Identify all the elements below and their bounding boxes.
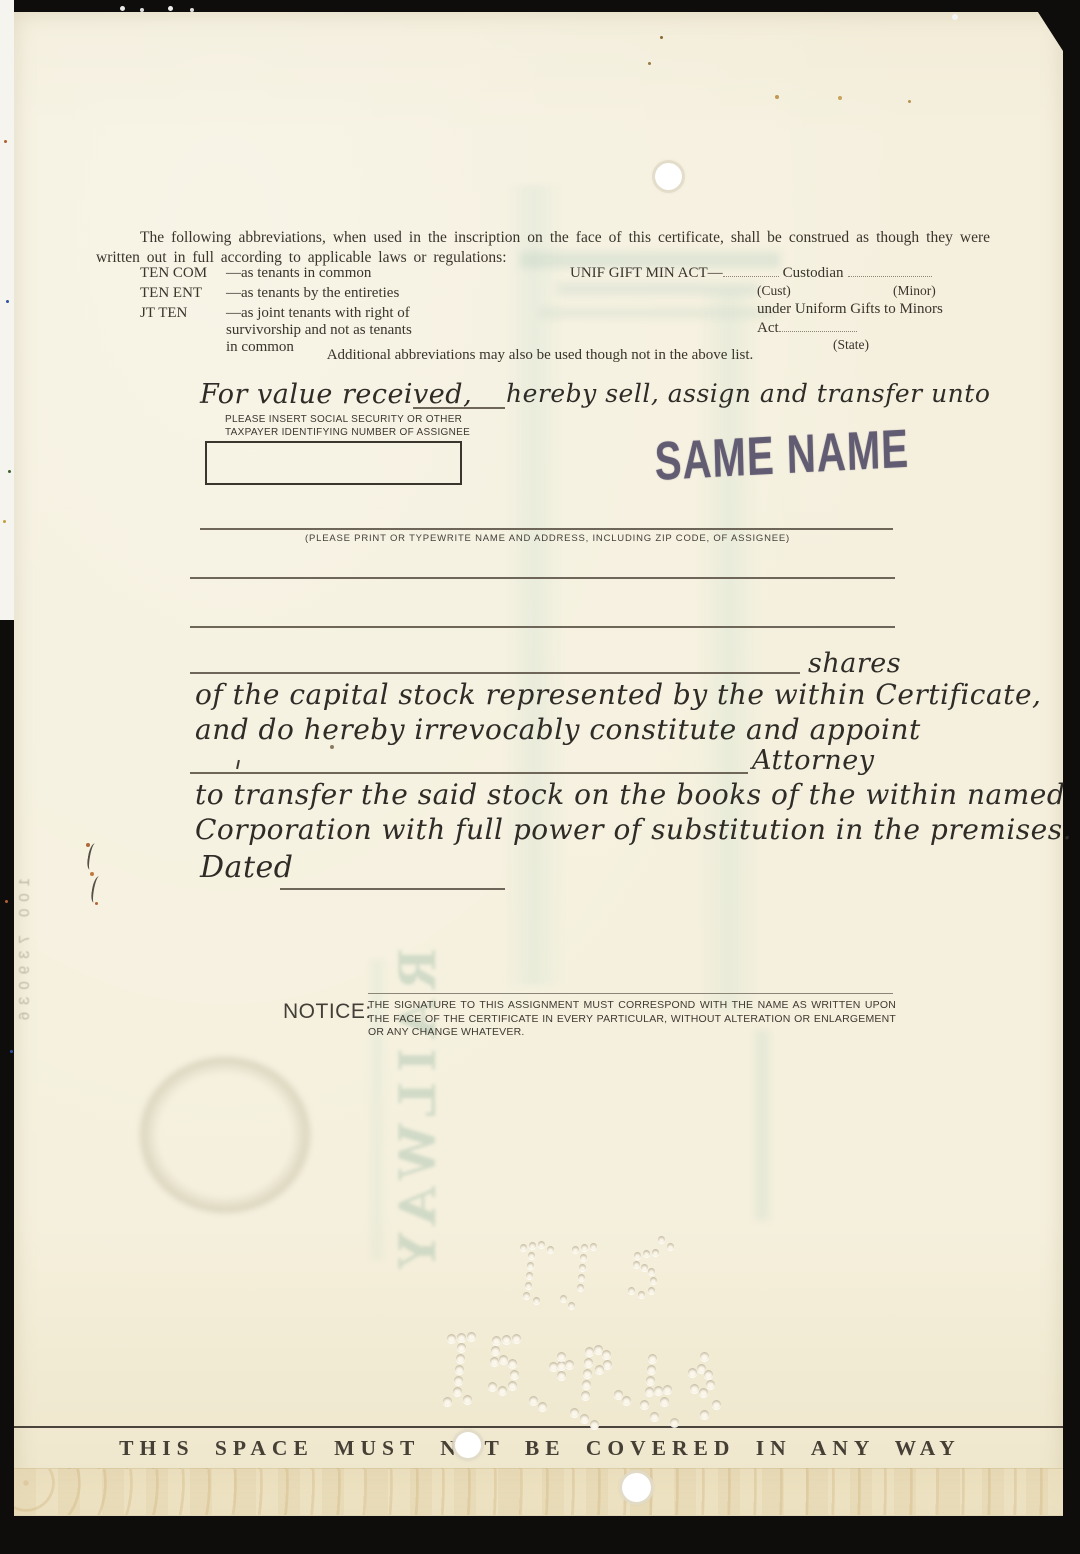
showthrough-title-line3	[540, 308, 776, 318]
cancellation-punch-dot	[529, 1396, 538, 1405]
punched-hole	[622, 1473, 651, 1502]
notice-label: NOTICE:	[283, 1000, 372, 1024]
cancellation-punch-dot	[647, 1365, 656, 1374]
abbr-label: TEN COM	[140, 265, 226, 282]
cancellation-punch-dot	[572, 1246, 579, 1253]
address-line-1	[190, 577, 895, 579]
cancellation-punch-dot	[457, 1343, 466, 1352]
cancellation-punch-dot	[538, 1402, 547, 1411]
cancellation-punch-dot	[508, 1381, 517, 1390]
print-or-typewrite-note: (PLEASE PRINT OR TYPEWRITE NAME AND ADDR…	[200, 533, 895, 544]
cancellation-punch-dot	[498, 1386, 507, 1395]
cancellation-punch-dot	[568, 1302, 575, 1309]
showthrough-band-left	[505, 185, 563, 985]
scan-speckle	[648, 62, 651, 65]
abbr-label: JT TEN	[140, 305, 226, 322]
cancellation-punch-dot	[577, 1284, 584, 1291]
cancellation-punch-dot	[527, 1262, 534, 1269]
ssn-instruction-line1: PLEASE INSERT SOCIAL SECURITY OR OTHER	[225, 414, 462, 427]
cancellation-punch-dot	[467, 1332, 476, 1341]
cancellation-punch-dot	[645, 1387, 654, 1396]
cancellation-punch-dot	[526, 1272, 533, 1279]
cancellation-punch-dot	[520, 1244, 527, 1251]
certificate-back-scan: RAILWAY 100 739036 The following abbrevi…	[0, 0, 1080, 1554]
cancellation-punch-dot	[463, 1395, 472, 1404]
cancellation-punch-dot	[523, 1292, 530, 1299]
cancellation-punch-dot	[585, 1347, 594, 1356]
cancellation-punch-dot	[581, 1391, 590, 1400]
scan-speckle	[5, 900, 8, 903]
cancellation-punch-dot	[584, 1358, 593, 1367]
cancellation-punch-dot	[650, 1277, 657, 1284]
cancellation-punch-dot	[528, 1252, 535, 1259]
scan-speckle	[4, 140, 7, 143]
cancellation-punch-dot	[547, 1246, 554, 1253]
cancellation-punch-dot	[583, 1369, 592, 1378]
unif-label: UNIF GIFT MIN ACT—	[570, 265, 723, 282]
cancellation-punch-dot	[456, 1354, 465, 1363]
abbr-row-ten-com: TEN COM —as tenants in common	[140, 265, 371, 282]
cancellation-punch-dot	[508, 1359, 517, 1368]
cancellation-punch-dot	[688, 1368, 697, 1377]
cancellation-punch-dot	[663, 1385, 672, 1394]
cancellation-punch-dot	[570, 1408, 579, 1417]
cancellation-punch-dot	[706, 1380, 715, 1389]
minor-caption: (Minor)	[893, 283, 936, 299]
scan-speckle	[86, 843, 90, 847]
shares-blank-line	[190, 672, 800, 674]
ssn-instruction-line2: TAXPAYER IDENTIFYING NUMBER OF ASSIGNEE	[225, 427, 470, 440]
act-label: Act	[757, 320, 779, 337]
same-name-stamp: SAME NAME	[654, 418, 910, 493]
cancellation-punch-dot	[712, 1400, 721, 1409]
cancellation-punch-dot	[634, 1252, 641, 1259]
abbr-desc: —as joint tenants with right of	[226, 305, 410, 322]
cancellation-punch-dot	[700, 1352, 709, 1361]
abbr-desc: —as tenants by the entireties	[226, 285, 399, 302]
space-not-covered-text: THIS SPACE MUST NOT BE COVERED IN ANY WA…	[0, 1436, 1080, 1461]
scan-speckle	[95, 902, 98, 905]
cancellation-punch-dot	[453, 1387, 462, 1396]
cancellation-punch-dot	[582, 1380, 591, 1389]
scan-speckle	[190, 8, 194, 12]
showthrough-railway-text: RAILWAY	[388, 948, 447, 1278]
cancellation-punch-dot	[538, 1241, 545, 1248]
cancellation-punch-dot	[648, 1354, 657, 1363]
cancellation-punch-dot	[603, 1360, 612, 1369]
cancellation-punch-dot	[499, 1355, 508, 1364]
cancellation-punch-dot	[595, 1365, 604, 1374]
cancellation-punch-dot	[443, 1397, 452, 1406]
power-substitution-text: Corporation with full power of substitut…	[195, 813, 1072, 846]
cancellation-punch-dot	[652, 1249, 659, 1256]
showthrough-serial-number: 100 739036	[16, 878, 33, 1028]
cust-caption: (Cust)	[757, 283, 791, 299]
cancellation-punch-dot	[648, 1287, 655, 1294]
unif-gift-row: UNIF GIFT MIN ACT—Custodian	[570, 264, 932, 282]
cancellation-punch-dot	[578, 1274, 585, 1281]
attorney-text: Attorney	[752, 745, 875, 776]
custodian-blank-line	[723, 264, 779, 277]
cancellation-punch-dot	[704, 1370, 713, 1379]
scan-speckle	[10, 1050, 13, 1053]
cancellation-punch-dot	[580, 1254, 587, 1261]
cancellation-punch-dot	[699, 1388, 708, 1397]
ornamental-border-band	[14, 1468, 1063, 1515]
under-uniform-gifts: under Uniform Gifts to Minors	[757, 301, 943, 318]
embossed-seal-ghost	[105, 1025, 345, 1245]
scan-speckle	[330, 745, 334, 749]
scan-speckle	[775, 95, 779, 99]
attorney-blank-line	[190, 772, 748, 774]
punched-hole	[655, 163, 682, 190]
scan-speckle	[6, 300, 9, 303]
cancellation-punch-dot	[557, 1371, 566, 1380]
scan-speckle	[952, 14, 958, 20]
scan-left-margin	[0, 0, 14, 620]
hereby-sell-text: hereby sell, assign and transfer unto	[506, 379, 990, 408]
cancellation-punch-dot	[700, 1410, 709, 1419]
cancellation-punch-dot	[455, 1365, 464, 1374]
scan-speckle	[168, 6, 173, 11]
cancellation-punch-dot	[638, 1291, 645, 1298]
ssn-entry-box	[205, 441, 462, 485]
cancellation-punch-dot	[643, 1250, 650, 1257]
cancellation-punch-dot	[690, 1384, 699, 1393]
cancellation-punch-dot	[667, 1243, 674, 1250]
cancellation-punch-dot	[646, 1376, 655, 1385]
cancellation-punch-dot	[590, 1420, 599, 1429]
address-line-2	[190, 626, 895, 628]
abbr-row-ten-ent: TEN ENT —as tenants by the entireties	[140, 285, 399, 302]
notice-text: THE SIGNATURE TO THIS ASSIGNMENT MUST CO…	[368, 999, 896, 1040]
scan-speckle	[120, 6, 125, 11]
cancellation-punch-dot	[590, 1243, 597, 1250]
abbr-label: TEN ENT	[140, 285, 226, 302]
assignor-blank-line	[413, 407, 505, 409]
cancellation-punch-dot	[670, 1418, 679, 1427]
scan-speckle	[8, 470, 11, 473]
cancellation-punch-dot	[641, 1264, 648, 1271]
showthrough-column-right	[755, 1030, 769, 1220]
dated-blank-line	[280, 888, 505, 890]
cancellation-punch-dot	[658, 1236, 665, 1243]
cancellation-punch-dot	[650, 1412, 659, 1421]
abbr-desc: —as tenants in common	[226, 265, 371, 282]
minor-blank-line	[848, 264, 932, 277]
cancellation-punch-dot	[491, 1346, 500, 1355]
scan-speckle	[908, 100, 911, 103]
additional-abbreviations-note: Additional abbreviations may also be use…	[190, 347, 890, 364]
scan-speckle	[90, 872, 94, 876]
cancellation-punch-dot	[565, 1360, 574, 1369]
cancellation-punch-dot	[457, 1333, 466, 1342]
transfer-stock-text: to transfer the said stock on the books …	[195, 778, 1065, 811]
cancellation-punch-dot	[447, 1334, 456, 1343]
scan-speckle	[140, 8, 144, 12]
abbr-row-jt-ten: JT TEN —as joint tenants with right of	[140, 305, 410, 322]
cancellation-punch-dot	[529, 1242, 536, 1249]
cancellation-punch-dot	[654, 1386, 663, 1395]
dated-text: Dated	[200, 850, 293, 885]
cancellation-punch-dot	[648, 1268, 655, 1275]
custodian-label: Custodian	[779, 265, 844, 282]
cancellation-punch-dot	[580, 1414, 589, 1423]
cancellation-punch-dot	[633, 1261, 640, 1268]
showthrough-title-line2	[558, 283, 758, 295]
abbreviations-intro: The following abbreviations, when used i…	[96, 228, 990, 267]
abbr-jt-ten-cont1: survivorship and not as tenants	[226, 322, 412, 339]
cancellation-punch-dot	[581, 1244, 588, 1251]
footer-rule	[14, 1426, 1063, 1428]
cancellation-punch-dot	[512, 1334, 521, 1343]
cancellation-punch-dot	[602, 1350, 611, 1359]
capital-stock-text: of the capital stock represented by the …	[195, 678, 1041, 711]
cancellation-punch-dot	[533, 1297, 540, 1304]
cancellation-punch-dot	[557, 1352, 566, 1361]
for-value-received-text: For value received,	[200, 379, 472, 410]
cancellation-punch-dot	[640, 1400, 649, 1409]
punched-hole	[455, 1432, 481, 1458]
cancellation-punch-dot	[502, 1335, 511, 1344]
scan-speckle	[3, 520, 6, 523]
shares-text: shares	[808, 648, 901, 679]
act-row: Act	[757, 319, 857, 337]
cancellation-punch-dot	[560, 1295, 567, 1302]
cancellation-punch-dot	[579, 1264, 586, 1271]
cancellation-punch-dot	[490, 1357, 499, 1366]
cancellation-punch-dot	[488, 1382, 497, 1391]
cancellation-punch-dot	[492, 1336, 501, 1345]
cancellation-punch-dot	[660, 1397, 669, 1406]
scan-speckle	[838, 96, 842, 100]
constitute-appoint-text: and do hereby irrevocably constitute and…	[195, 713, 921, 746]
scan-speckle	[660, 36, 663, 39]
cancellation-punch-dot	[510, 1370, 519, 1379]
cancellation-punch-dot	[628, 1287, 635, 1294]
notice-top-rule	[368, 993, 893, 994]
cancellation-punch-dot	[622, 1396, 631, 1405]
cancellation-punch-dot	[525, 1282, 532, 1289]
assignee-name-line	[200, 528, 893, 530]
cancellation-punch-dot	[454, 1376, 463, 1385]
act-blank-line	[779, 319, 857, 332]
